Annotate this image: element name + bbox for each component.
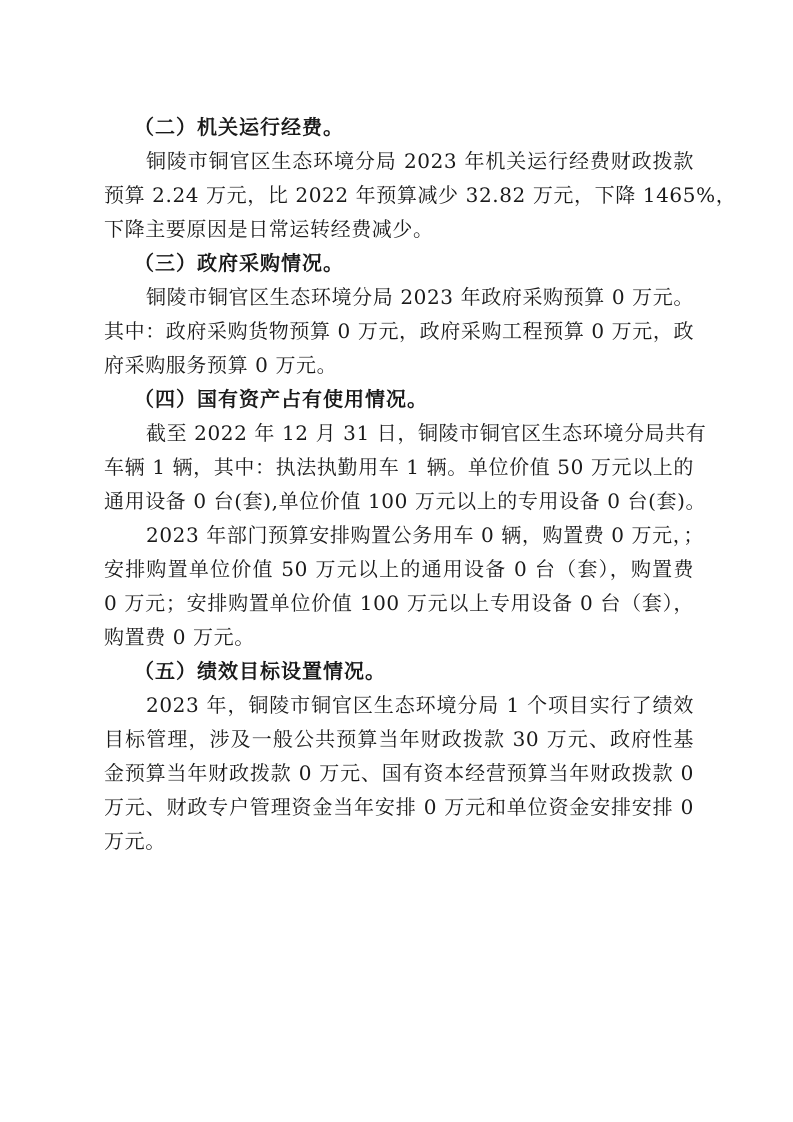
paragraph-line: 购置费 0 万元。 bbox=[104, 620, 694, 654]
paragraph-line: 铜陵市铜官区生态环境分局 2023 年政府采购预算 0 万元。 bbox=[104, 280, 694, 314]
paragraph-line: 下降主要原因是日常运转经费减少。 bbox=[104, 212, 694, 246]
section-heading-performance-targets: （五）绩效目标设置情况。 bbox=[104, 654, 694, 688]
paragraph-line: 截至 2022 年 12 月 31 日，铜陵市铜官区生态环境分局共有 bbox=[104, 416, 694, 450]
paragraph-line: 2023 年，铜陵市铜官区生态环境分局 1 个项目实行了绩效 bbox=[104, 688, 694, 722]
paragraph-line: 万元、财政专户管理资金当年安排 0 万元和单位资金安排安排 0 bbox=[104, 790, 694, 824]
section-heading-operating-expenses: （二）机关运行经费。 bbox=[104, 110, 694, 144]
paragraph-line: 铜陵市铜官区生态环境分局 2023 年机关运行经费财政拨款 bbox=[104, 144, 694, 178]
section-heading-government-procurement: （三）政府采购情况。 bbox=[104, 246, 694, 280]
document-page: （二）机关运行经费。 铜陵市铜官区生态环境分局 2023 年机关运行经费财政拨款… bbox=[104, 110, 694, 858]
paragraph-line: 车辆 1 辆，其中：执法执勤用车 1 辆。单位价值 50 万元以上的 bbox=[104, 450, 694, 484]
paragraph-line: 0 万元；安排购置单位价值 100 万元以上专用设备 0 台（套）， bbox=[104, 586, 694, 620]
paragraph-line: 其中：政府采购货物预算 0 万元，政府采购工程预算 0 万元，政 bbox=[104, 314, 694, 348]
paragraph-line: 安排购置单位价值 50 万元以上的通用设备 0 台（套），购置费 bbox=[104, 552, 694, 586]
paragraph-line: 2023 年部门预算安排购置公务用车 0 辆，购置费 0 万元，； bbox=[104, 518, 694, 552]
paragraph-line: 通用设备 0 台(套),单位价值 100 万元以上的专用设备 0 台(套)。 bbox=[104, 484, 694, 518]
section-heading-state-assets: （四）国有资产占有使用情况。 bbox=[104, 382, 694, 416]
paragraph-line: 金预算当年财政拨款 0 万元、国有资本经营预算当年财政拨款 0 bbox=[104, 756, 694, 790]
paragraph-line: 目标管理，涉及一般公共预算当年财政拨款 30 万元、政府性基 bbox=[104, 722, 694, 756]
paragraph-line: 府采购服务预算 0 万元。 bbox=[104, 348, 694, 382]
paragraph-line: 万元。 bbox=[104, 824, 694, 858]
paragraph-line: 预算 2.24 万元，比 2022 年预算减少 32.82 万元，下降 1465… bbox=[104, 178, 694, 212]
